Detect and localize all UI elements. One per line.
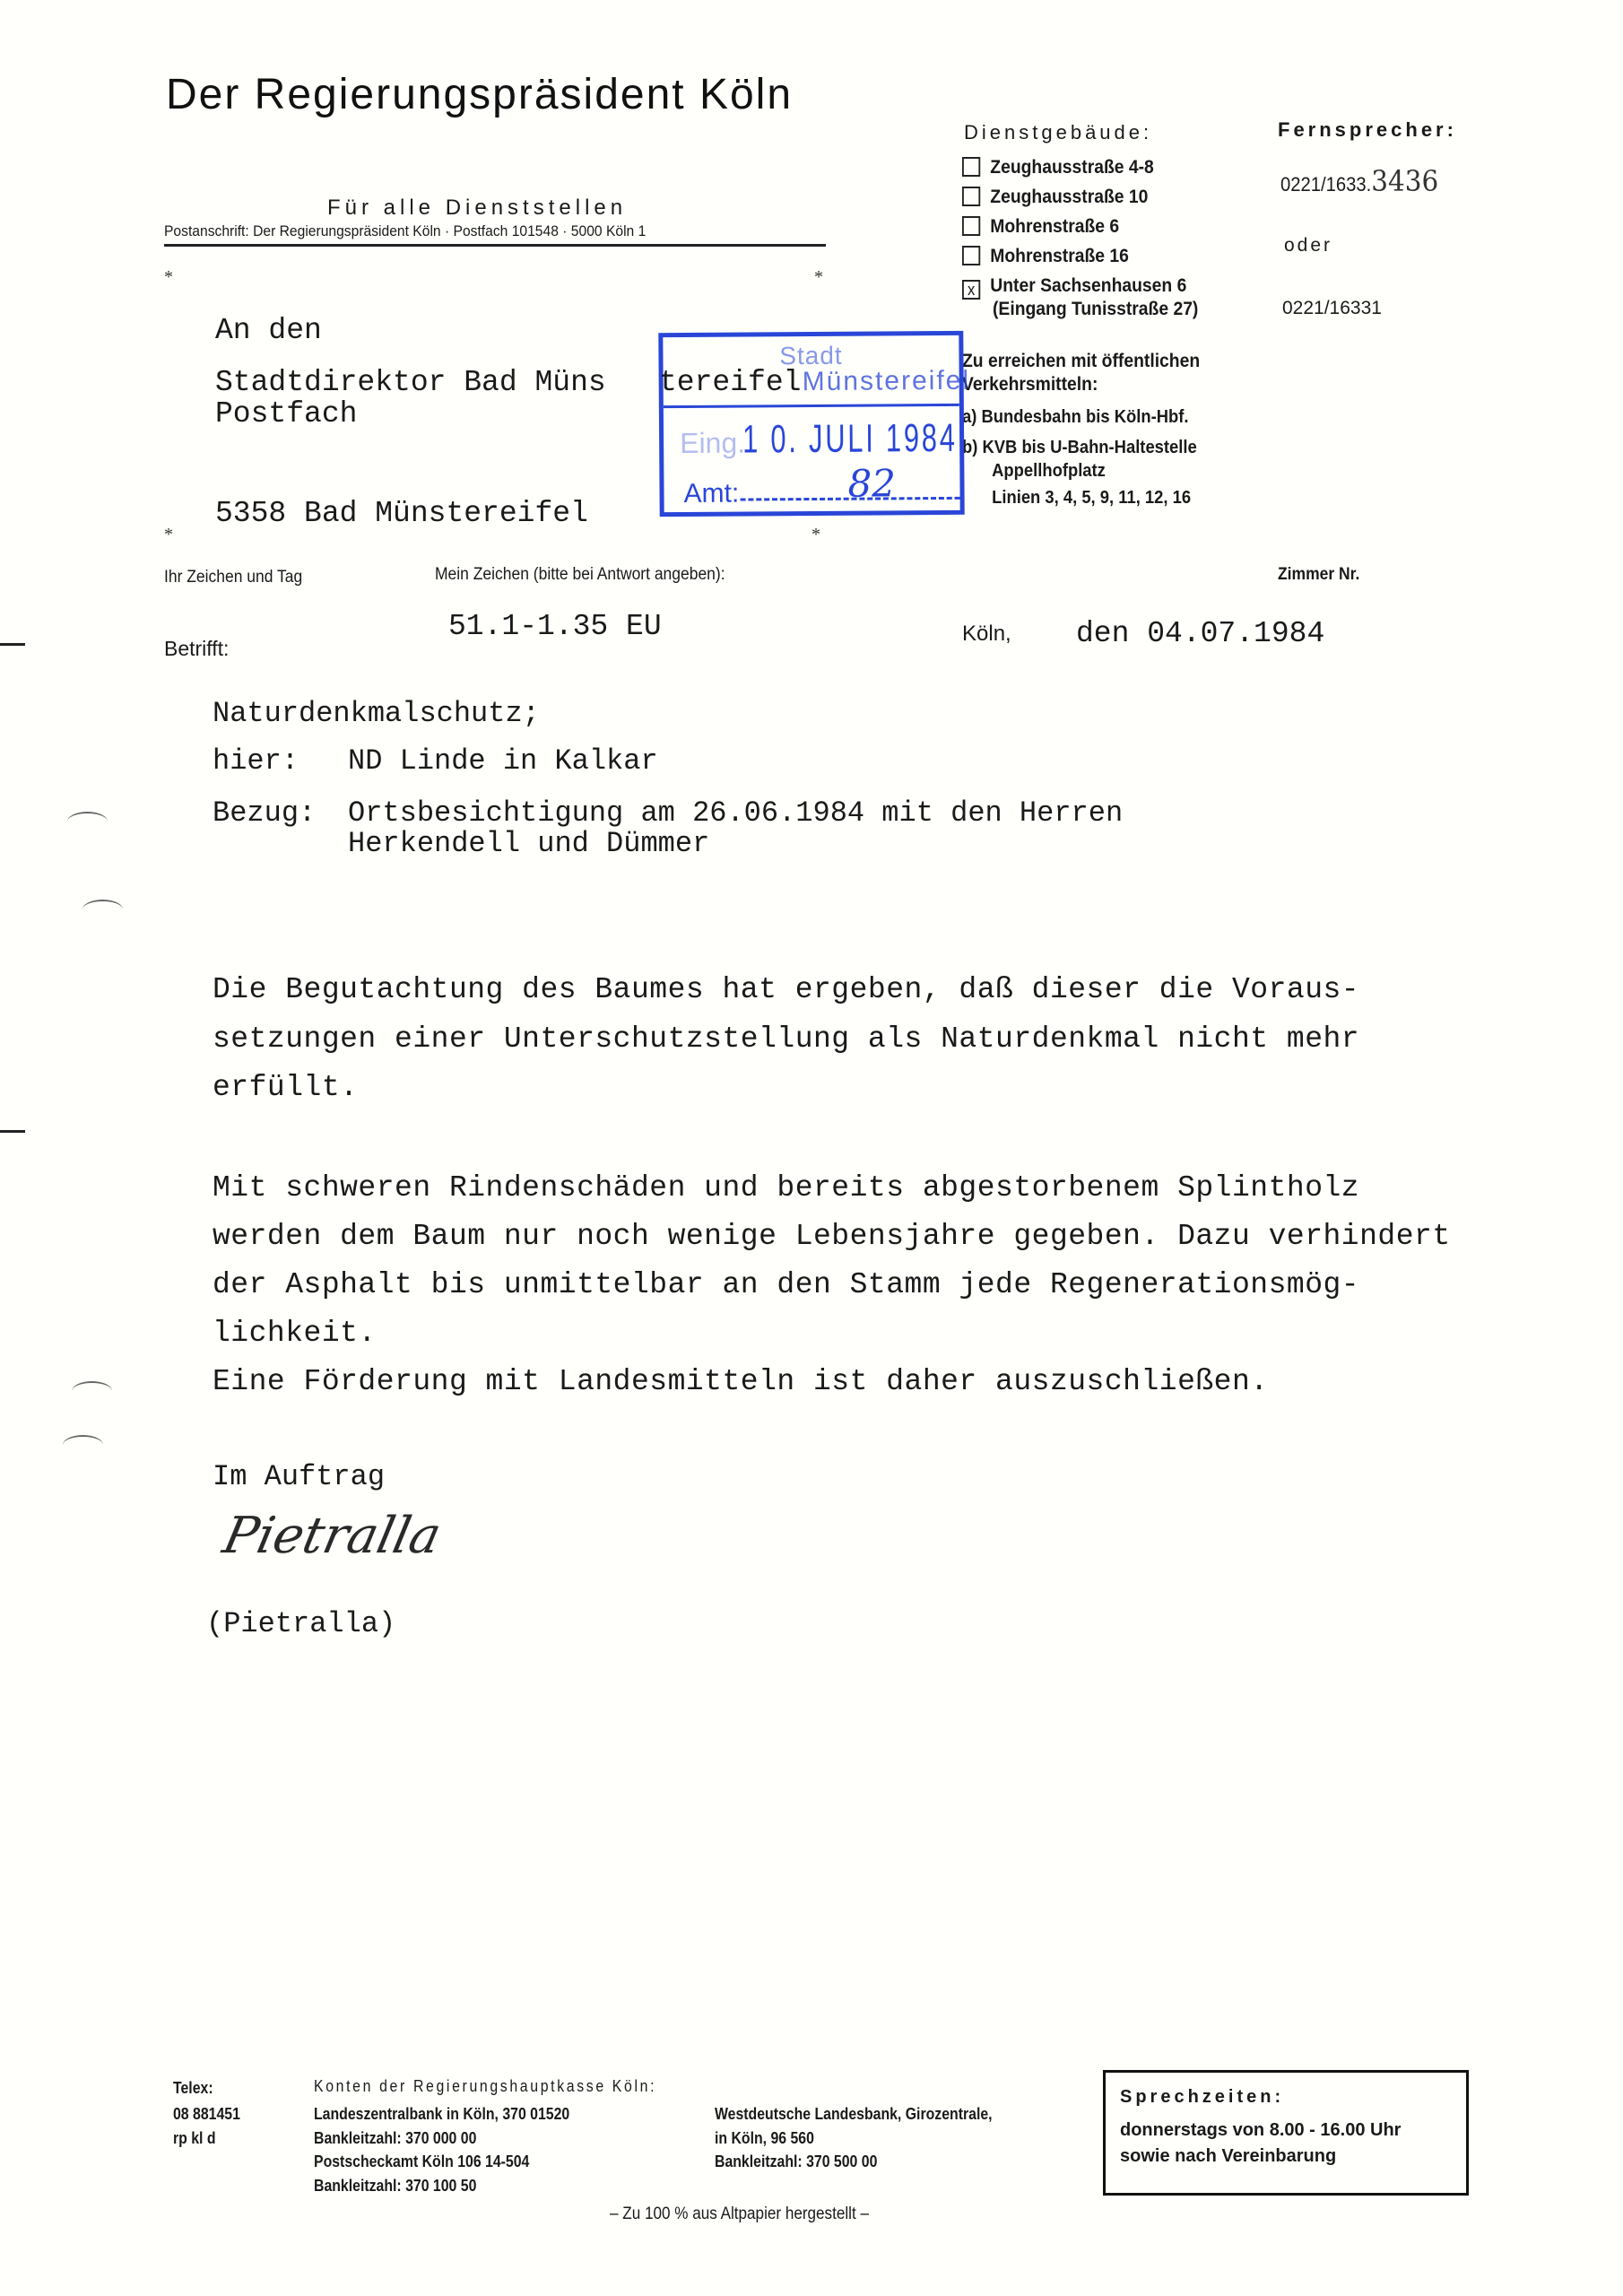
building-option: Mohrenstraße 6 <box>962 216 1119 238</box>
subject-bezug-value: Herkendell und Dümmer <box>348 827 709 860</box>
recipient-line: 5358 Bad Münstereifel <box>215 497 588 530</box>
stamp-dept-label: Amt: <box>683 479 739 509</box>
body-line: Eine Förderung mit Landesmitteln ist dah… <box>213 1365 1269 1398</box>
phone-secondary: 0221/16331 <box>1282 298 1382 319</box>
account-line: Postscheckamt Köln 106 14-504 <box>314 2152 529 2171</box>
checkbox-checked-icon: x <box>962 280 980 300</box>
letter-place: Köln, <box>962 622 1011 647</box>
telex-label: Telex: <box>173 2079 213 2098</box>
body-line: setzungen einer Unterschutzstellung als … <box>213 1022 1359 1056</box>
recipient-line: An den <box>215 314 322 347</box>
recycled-paper-note: – Zu 100 % aus Altpapier hergestellt – <box>610 2205 869 2224</box>
building-option: Zeughausstraße 4-8 <box>962 157 1154 178</box>
signer-name: (Pietralla) <box>206 1607 395 1640</box>
paper-artifact <box>82 900 123 919</box>
stamp-date: 1 0. JULI 1984 <box>742 416 958 463</box>
subject-hier-value: ND Linde in Kalkar <box>348 744 658 778</box>
subject-hier-label: hier: <box>213 744 299 778</box>
paper-artifact <box>67 812 108 831</box>
building-option: Mohrenstraße 16 <box>962 246 1129 267</box>
checkbox-unchecked-icon <box>962 216 980 236</box>
checkbox-unchecked-icon <box>962 246 980 265</box>
fold-mark-star: * <box>164 267 173 288</box>
letter-date: den 04.07.1984 <box>1076 617 1324 650</box>
fold-mark <box>0 643 25 646</box>
body-line: erfüllt. <box>213 1071 358 1104</box>
postal-address: Postanschrift: Der Regierungspräsident K… <box>164 222 646 240</box>
phone-heading: Fernsprecher: <box>1278 118 1457 142</box>
subject-bezug-label: Bezug: <box>213 796 316 830</box>
body-line: Mit schweren Rindenschäden und bereits a… <box>213 1171 1359 1205</box>
phone-or: oder <box>1284 235 1332 257</box>
accounts-heading: Konten der Regierungshauptkasse Köln: <box>314 2077 656 2096</box>
fold-mark-star: * <box>814 267 823 288</box>
paper-artifact <box>72 1381 112 1401</box>
recipient-line: Postfach <box>215 397 357 430</box>
telex-code: rp kl d <box>173 2129 216 2148</box>
fold-mark-star: * <box>811 525 820 545</box>
transit-info: Zu erreichen mit öffentlichen Verkehrsmi… <box>962 350 1200 509</box>
account-line: Landeszentralbank in Köln, 370 01520 <box>314 2105 569 2124</box>
account-line: Bankleitzahl: 370 100 50 <box>314 2177 476 2196</box>
room-label: Zimmer Nr. <box>1278 565 1359 585</box>
checkbox-unchecked-icon <box>962 157 980 177</box>
body-line: der Asphalt bis unmittelbar an den Stamm… <box>213 1268 1359 1301</box>
account-line: Bankleitzahl: 370 000 00 <box>314 2129 476 2148</box>
subject-main: Naturdenkmalschutz; <box>213 697 540 730</box>
phone-primary: 0221/1633.3436 <box>1280 164 1438 198</box>
closing-phrase: Im Auftrag <box>213 1460 385 1493</box>
subject-bezug-value: Ortsbesichtigung am 26.06.1984 mit den H… <box>348 796 1123 830</box>
body-line: werden dem Baum nur noch wenige Lebensja… <box>213 1220 1451 1253</box>
my-ref-label: Mein Zeichen (bitte bei Antwort angeben)… <box>435 565 725 585</box>
stamp-received-label: Eing. <box>680 427 745 461</box>
stamp-town: Münstereifel <box>803 366 971 397</box>
account-line: Westdeutsche Landesbank, Girozentrale, <box>715 2105 993 2124</box>
building-option: Zeughausstraße 10 <box>962 187 1148 208</box>
office-hours-line: sowie nach Vereinbarung <box>1120 2146 1452 2167</box>
recipient-line: Stadtdirektor Bad Müns <box>215 366 606 399</box>
telex-number: 08 881451 <box>173 2105 240 2124</box>
received-stamp: Stadt Münstereifel Eing. 1 0. JULI 1984 … <box>658 331 964 517</box>
punch-mark <box>0 1130 25 1133</box>
checkbox-unchecked-icon <box>962 187 980 206</box>
fold-mark-star: * <box>164 525 173 545</box>
my-ref-value: 51.1-1.35 EU <box>448 610 662 643</box>
authority-title: Der Regierungspräsident Köln <box>166 70 793 119</box>
building-option-sub: (Eingang Tunisstraße 27) <box>993 299 1198 320</box>
building-option-selected: xUnter Sachsenhausen 6 <box>962 275 1186 300</box>
office-hours-heading: Sprechzeiten: <box>1120 2087 1452 2108</box>
handwritten-signature: Pietralla <box>218 1507 446 1565</box>
body-line: Die Begutachtung des Baumes hat ergeben,… <box>213 973 1359 1006</box>
office-hours-box: Sprechzeiten: donnerstags von 8.00 - 16.… <box>1103 2070 1469 2196</box>
stamp-divider <box>664 404 959 408</box>
paper-artifact <box>63 1435 103 1455</box>
body-line: lichkeit. <box>213 1317 377 1350</box>
recipient-line-overlap: tereifel <box>659 366 801 399</box>
authority-subtitle: Für alle Dienststellen <box>327 196 627 221</box>
header-rule <box>164 244 826 247</box>
phone-extension: 3436 <box>1371 164 1438 198</box>
your-ref-label: Ihr Zeichen und Tag <box>164 568 302 587</box>
account-line: Bankleitzahl: 370 500 00 <box>715 2152 877 2171</box>
office-hours-line: donnerstags von 8.00 - 16.00 Uhr <box>1120 2120 1452 2141</box>
buildings-heading: Dienstgebäude: <box>964 121 1152 144</box>
account-line: in Köln, 96 560 <box>715 2129 814 2148</box>
subject-label: Betrifft: <box>164 637 229 661</box>
